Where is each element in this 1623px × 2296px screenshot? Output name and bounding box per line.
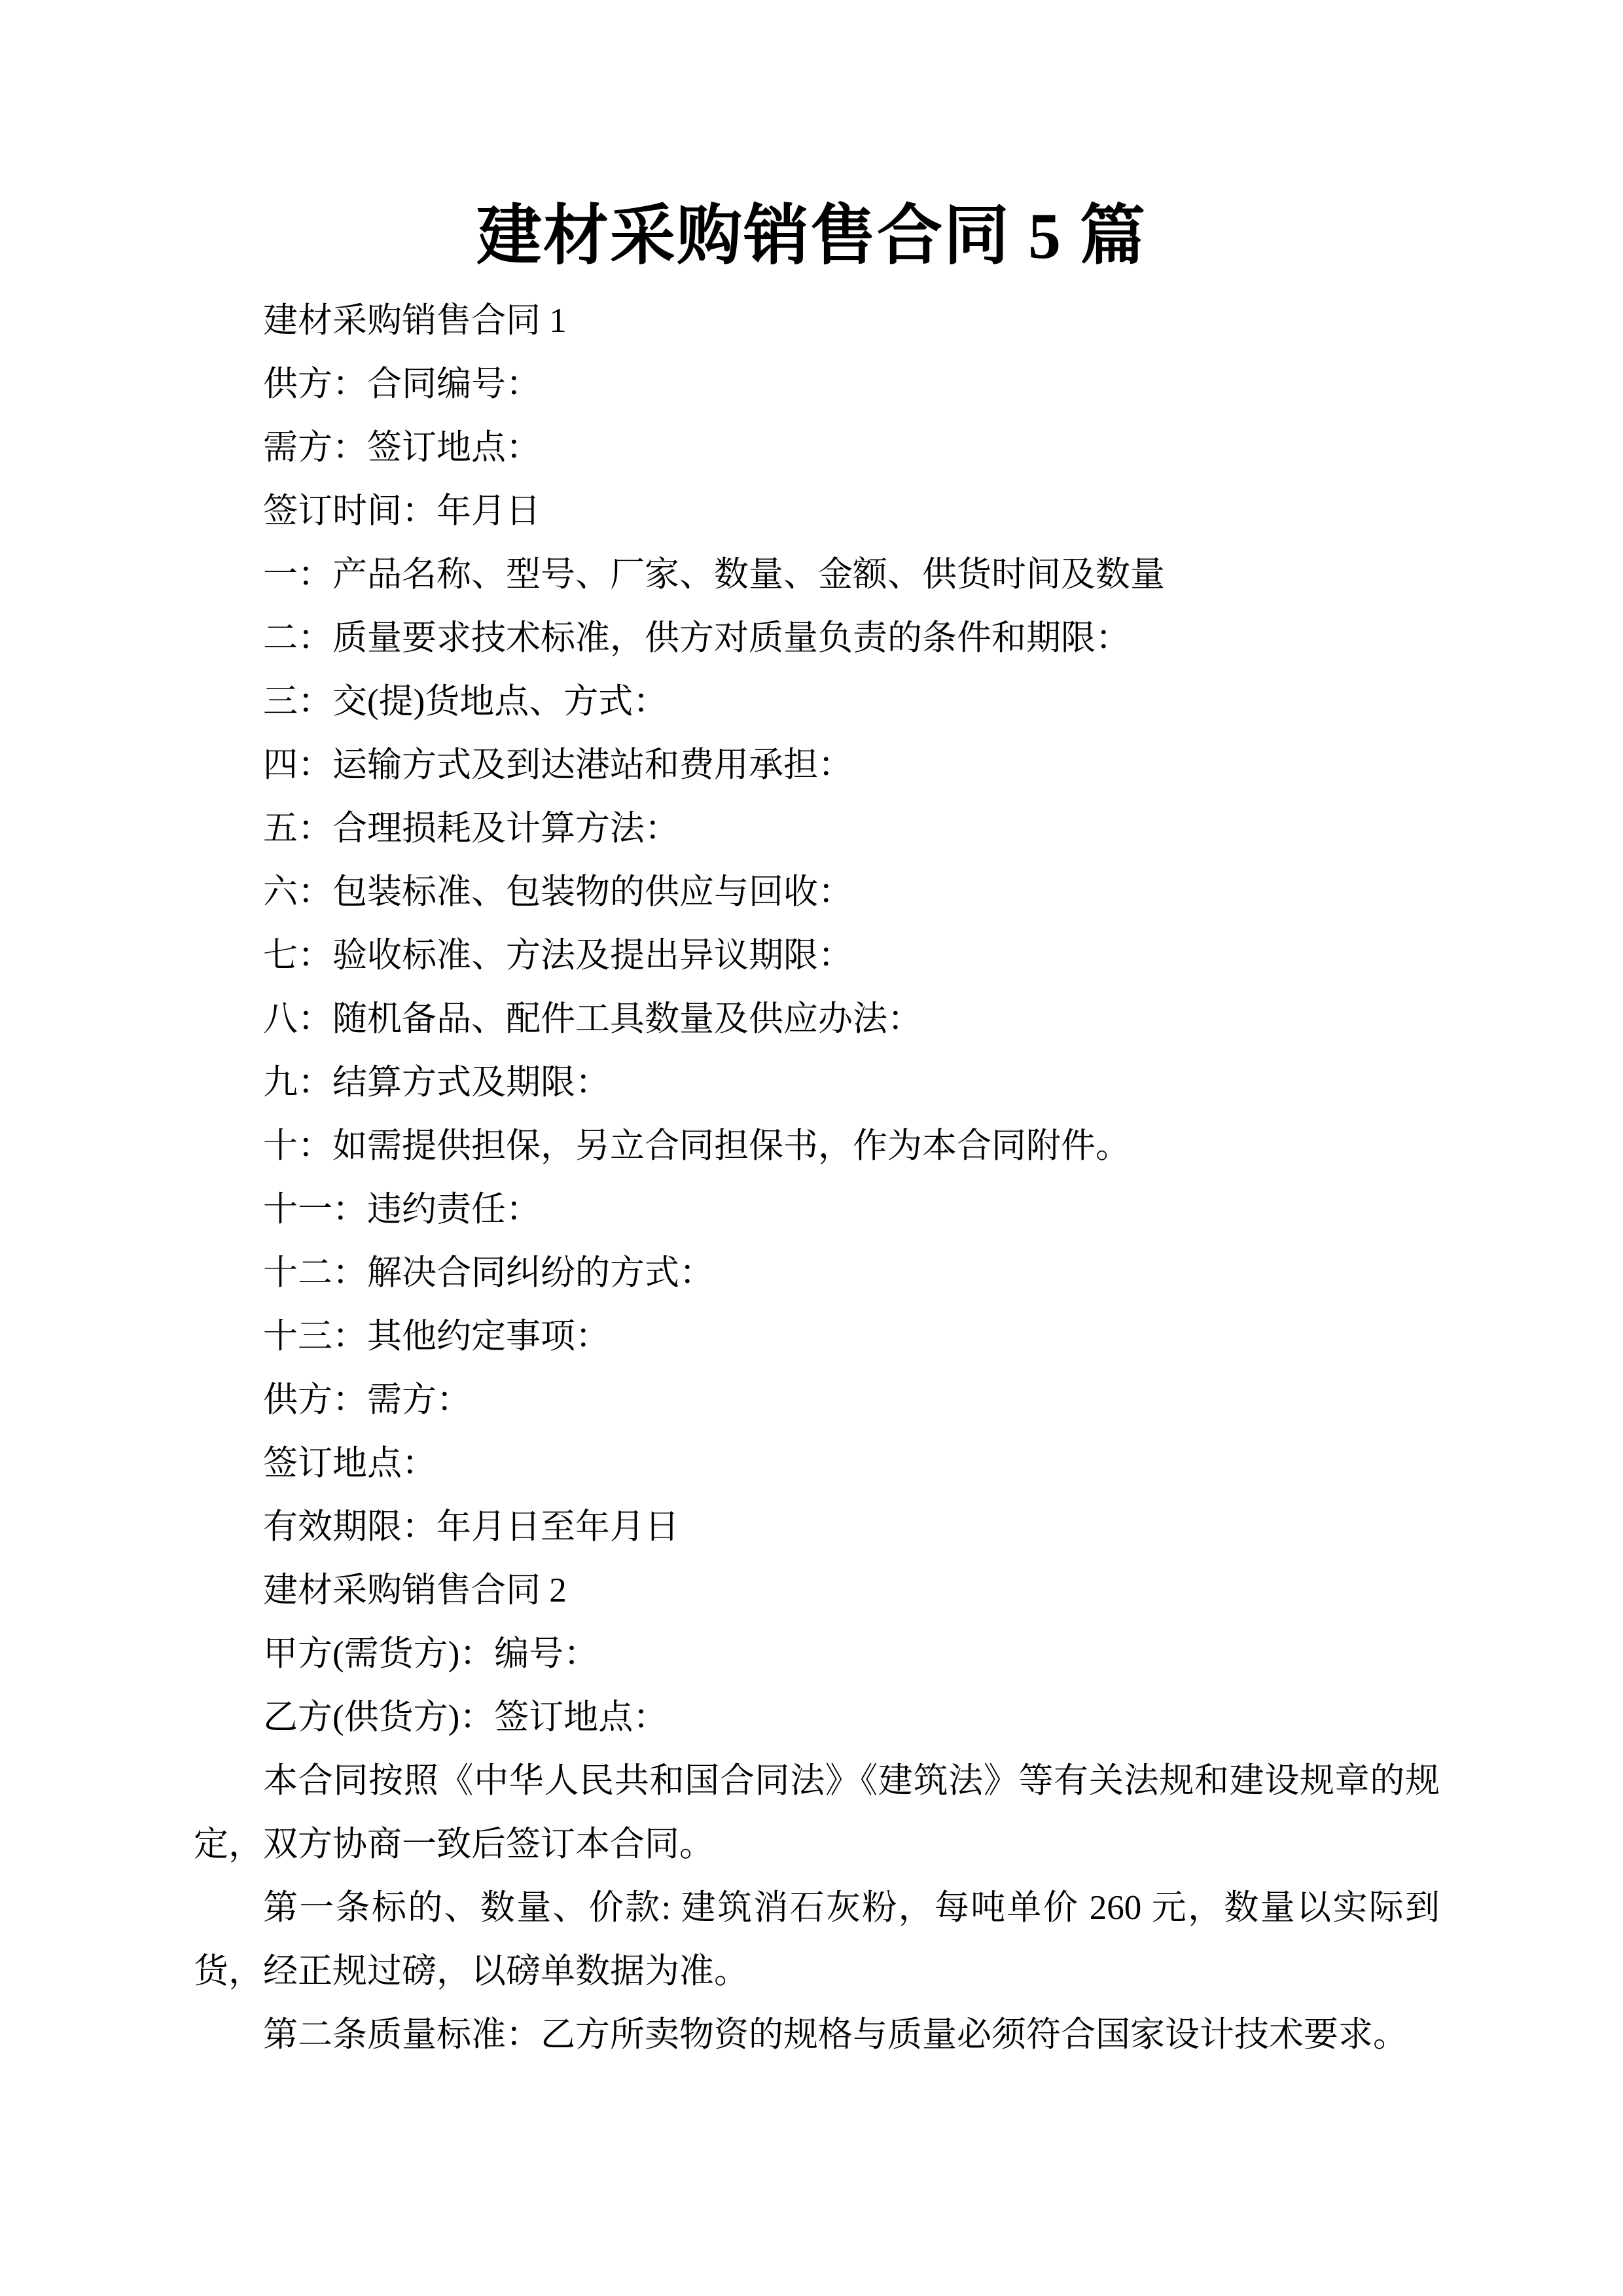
paragraph-line: 六：包装标准、包装物的供应与回收：: [194, 861, 1440, 924]
paragraph-line: 乙方(供货方)：签订地点：: [194, 1686, 1440, 1749]
paragraph-line: 甲方(需货方)：编号：: [194, 1623, 1440, 1686]
paragraph-line: 供方：合同编号：: [194, 353, 1440, 416]
contract-1-heading: 建材采购销售合同 1: [194, 289, 1440, 353]
document-title: 建材采购销售合同 5 篇: [0, 0, 1623, 272]
document-page: 建材采购销售合同 5 篇 建材采购销售合同 1 供方：合同编号： 需方：签订地点…: [0, 0, 1623, 2296]
paragraph-line: 签订地点：: [194, 1432, 1440, 1496]
paragraph-line: 十三：其他约定事项：: [194, 1305, 1440, 1369]
paragraph-line: 十二：解决合同纠纷的方式：: [194, 1242, 1440, 1305]
paragraph-line: 十：如需提供担保，另立合同担保书，作为本合同附件。: [194, 1115, 1440, 1178]
paragraph-line: 五：合理损耗及计算方法：: [194, 797, 1440, 861]
paragraph-line: 九：结算方式及期限：: [194, 1051, 1440, 1115]
contract-2-heading: 建材采购销售合同 2: [194, 1559, 1440, 1623]
paragraph-line: 有效期限：年月日至年月日: [194, 1496, 1440, 1559]
paragraph-line: 八：随机备品、配件工具数量及供应办法：: [194, 988, 1440, 1051]
paragraph-line: 三：交(提)货地点、方式：: [194, 670, 1440, 734]
paragraph-line: 供方：需方：: [194, 1369, 1440, 1432]
paragraph-line: 一：产品名称、型号、厂家、数量、金额、供货时间及数量: [194, 543, 1440, 607]
document-body: 建材采购销售合同 1 供方：合同编号： 需方：签订地点： 签订时间：年月日 一：…: [194, 289, 1440, 2067]
paragraph-line: 七：验收标准、方法及提出异议期限：: [194, 924, 1440, 988]
paragraph-line: 签订时间：年月日: [194, 480, 1440, 543]
paragraph-line: 十一：违约责任：: [194, 1178, 1440, 1242]
paragraph-line: 第二条质量标准：乙方所卖物资的规格与质量必须符合国家设计技术要求。: [194, 2003, 1440, 2067]
paragraph-line: 本合同按照《中华人民共和国合同法》《建筑法》等有关法规和建设规章的规定，双方协商…: [194, 1749, 1440, 1876]
paragraph-line: 第一条标的、数量、价款: 建筑消石灰粉，每吨单价 260 元，数量以实际到货，经…: [194, 1876, 1440, 2003]
paragraph-line: 需方：签订地点：: [194, 416, 1440, 480]
paragraph-line: 四：运输方式及到达港站和费用承担：: [194, 734, 1440, 797]
paragraph-line: 二：质量要求技术标准，供方对质量负责的条件和期限：: [194, 607, 1440, 670]
